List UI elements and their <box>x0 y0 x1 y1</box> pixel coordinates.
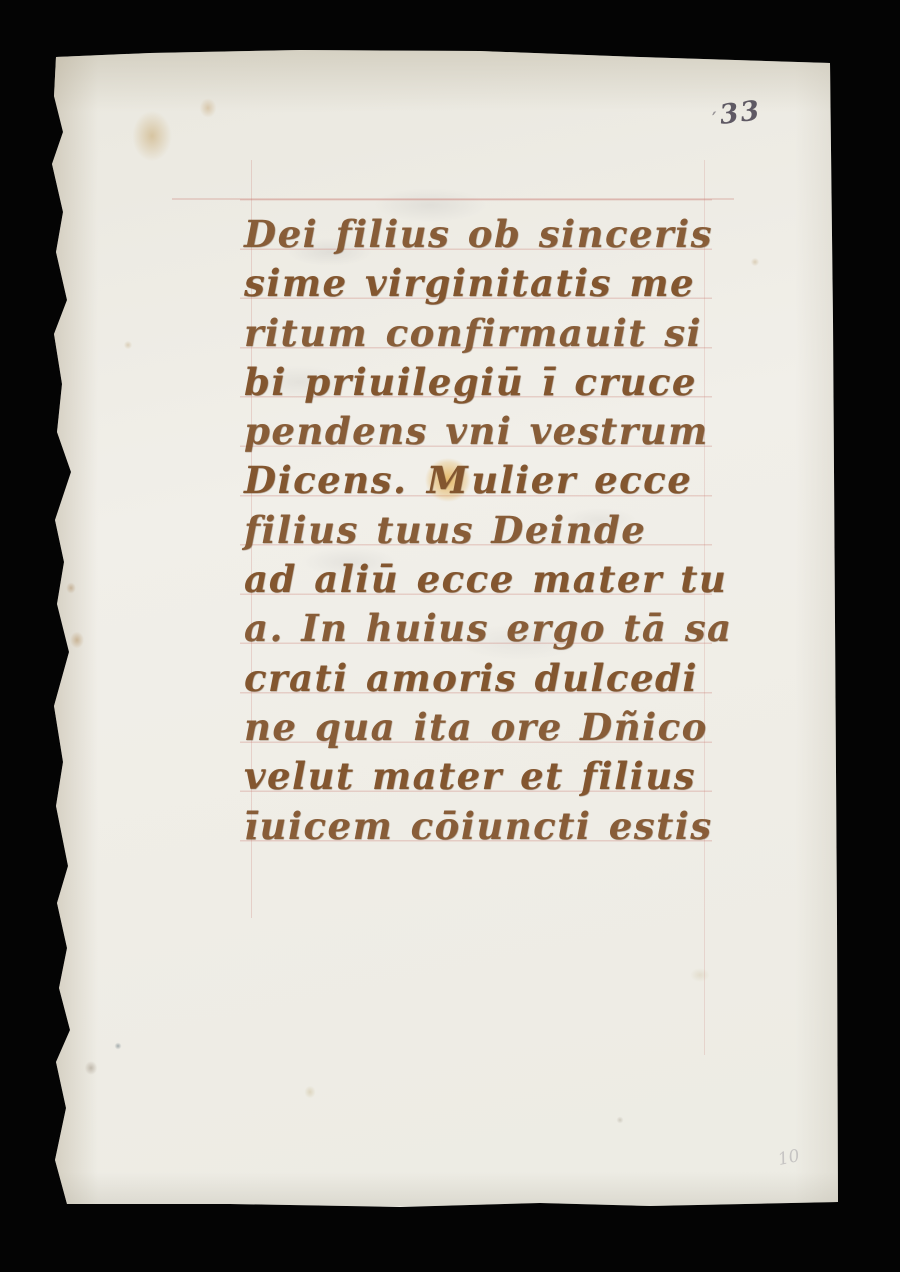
text-line: ad aliū ecce mater tu <box>244 555 714 604</box>
text-line: Dei filius ob sinceris <box>244 210 714 259</box>
text-line: pendens vni vestrum <box>244 407 714 456</box>
text-line: bi priuilegiū ī cruce <box>244 358 714 407</box>
highlighted-initial: M <box>425 458 471 502</box>
text-line: ne qua ita ore Dñico <box>244 703 714 752</box>
text-block: Dei filius ob sinceris sime virginitatis… <box>244 210 714 851</box>
text-line: ritum confirmauit si <box>244 309 714 358</box>
text-line: a. In huius ergo tā sa <box>244 604 714 653</box>
ruling-line-header <box>172 198 734 200</box>
manuscript-leaf: 33 Dei filius ob sinceris sime virginita… <box>0 0 900 1272</box>
text-line: velut mater et filius <box>244 752 714 801</box>
text-line: sime virginitatis me <box>244 259 714 308</box>
photo-background: 33 Dei filius ob sinceris sime virginita… <box>0 0 900 1272</box>
text-line: Dicens. Mulier ecce <box>244 456 714 505</box>
text-segment: ulier ecce <box>471 458 692 502</box>
text-line: crati amoris dulcedi <box>244 654 714 703</box>
text-line: filius tuus Deinde <box>244 506 714 555</box>
text-segment: Dicens. <box>244 458 425 502</box>
folio-number: 33 <box>710 95 763 132</box>
text-line: īuicem cōiuncti estis <box>244 802 714 851</box>
